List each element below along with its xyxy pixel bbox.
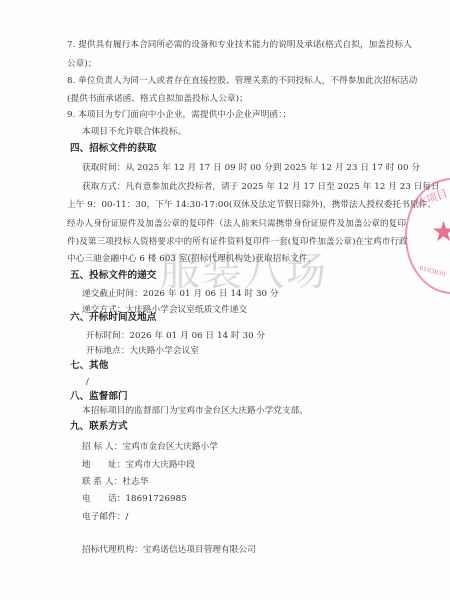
acquisition-method-line-1: 获取方式：凡有意参加此次投标者，请于 2025 年 12 月 17 日至 202…: [82, 182, 440, 193]
agency-name: 招标代理机构：宝鸡诺信达项目管理有限公司: [82, 545, 256, 556]
section-7-heading: 七、其他: [70, 360, 108, 372]
contact-tenderer: 招 标 人：宝鸡市金台区大庆路小学: [82, 442, 218, 453]
other-content: /: [86, 377, 89, 388]
item-8-line-2: (提供书面承诺函、格式自拟加盖投标人公章)；: [67, 94, 248, 105]
contact-email: 电子邮件：/: [82, 512, 128, 523]
acquisition-method-line-4: 件)及第三项投标人资格要求中的所有证件资料复印件一套(复印件加盖公章)在宝鸡市行…: [67, 237, 408, 248]
item-8-line-1: 8. 单位负责人为同一人或者存在直接控股、管理关系的不同投标人，不得参加此次招标…: [67, 76, 417, 87]
supervision-content: 本招标项目的监督部门为宝鸡市金台区大庆路小学党支部。: [82, 406, 308, 417]
acquisition-time: 获取时间：从 2025 年 12 月 17 日 09 时 00 分到 2025 …: [82, 163, 420, 174]
document-page: 7. 提供具有履行本合同所必需的设备和专业技术能力的说明及承诺(格式自拟，加盖投…: [0, 0, 450, 600]
acquisition-method-line-2: 上午 9：00-11：30，下午 14:30-17:00(双休及法定节假日除外)…: [67, 200, 436, 211]
item-9: 9. 本项目为专门面向中小企业，需提供中小企业声明函：；: [67, 110, 291, 121]
section-4-heading: 四、招标文件的获取: [70, 143, 156, 155]
opening-place: 开标地点：大庆路小学会议室: [86, 346, 199, 357]
contact-address: 地 址：宝鸡市大庆路中段: [82, 460, 195, 471]
opening-time: 开标时间：2026 年 01 月 06 日 14 时 30 分: [86, 331, 265, 342]
contact-phone: 电 话：18691726985: [82, 494, 187, 505]
seal-code: 6103030: [419, 265, 447, 279]
section-5-heading: 五、投标文件的递交: [70, 270, 156, 282]
item-7-line-2: 公章)；: [67, 59, 97, 70]
section-8-heading: 八、监督部门: [70, 391, 128, 403]
submission-deadline: 递交截止时间：2026 年 01 月 06 日 14 时 30 分: [82, 289, 279, 300]
consortium-note: 本项目不允许联合体投标。: [82, 127, 186, 138]
contact-person: 联 系 人：杜志华: [82, 477, 149, 488]
item-7-line-1: 7. 提供具有履行本合同所必需的设备和专业技术能力的说明及承诺(格式自拟，加盖投…: [67, 40, 412, 51]
section-9-heading: 九、联系方式: [70, 421, 128, 433]
star-icon: ★: [431, 218, 450, 246]
official-seal: 达项目 ★ 6103030: [405, 178, 450, 294]
acquisition-method-line-3: 经办人身份证原件及加盖公章的复印件（法人前来只需携带身份证原件及加盖公章的复印: [67, 219, 406, 230]
section-6-heading: 六、开标时间及地点: [70, 312, 156, 324]
acquisition-method-line-5: 中心三迪金融中心 6 楼 603 室(招标代理机构处)获取招标文件。: [67, 254, 316, 265]
